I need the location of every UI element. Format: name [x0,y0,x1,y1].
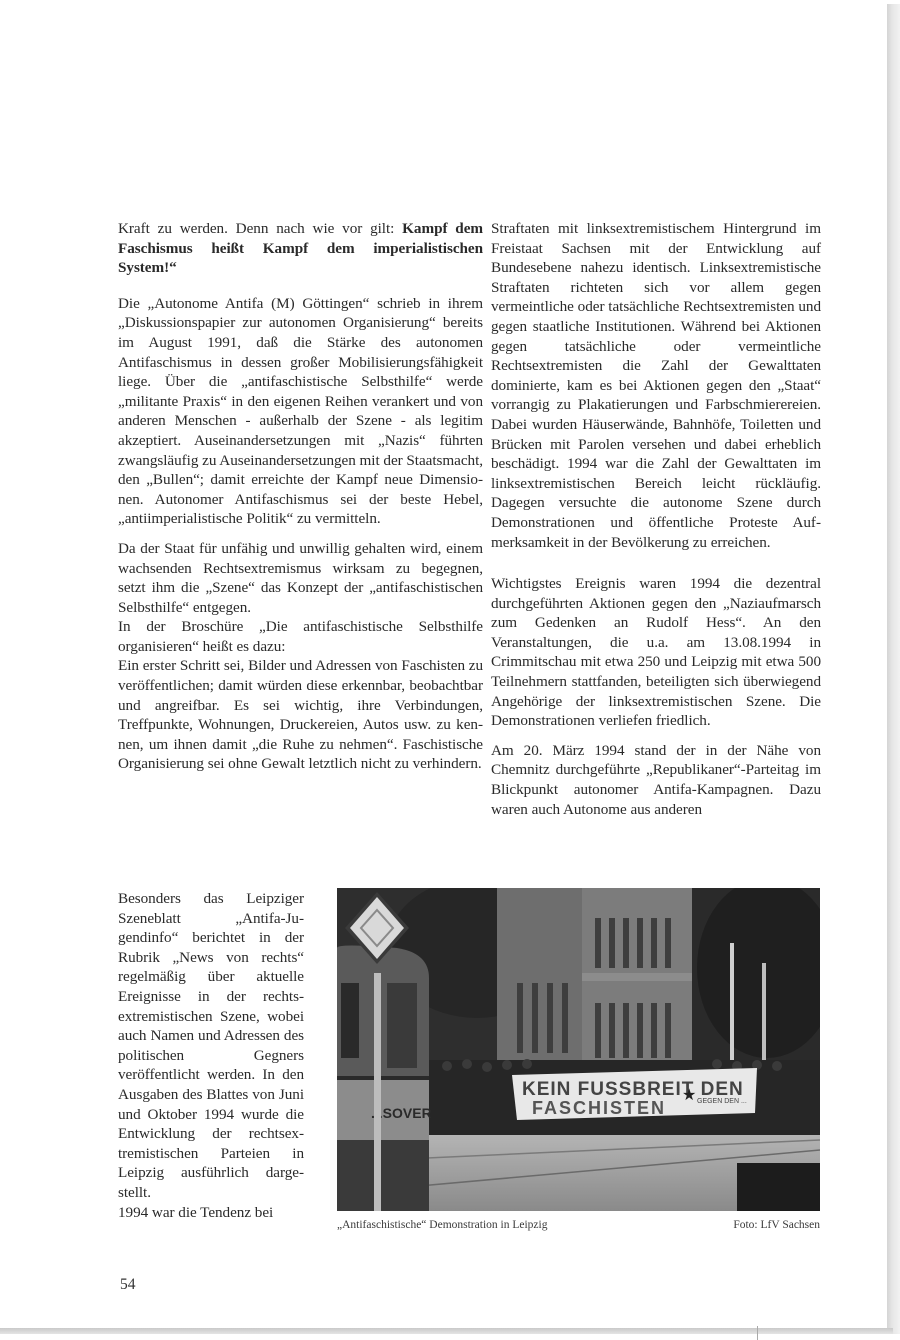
right-column: Straftaten mit linksextremistischem Hint… [491,219,821,819]
photo-credit: Foto: LfV Sachsen [733,1219,820,1231]
paragraph-staat: Da der Staat für unfähig und unwillig ge… [118,539,483,617]
photo-illustration: KEIN FUSSBREIT DEN FASCHISTEN ★ GEGEN DE… [337,888,820,1211]
page-edge-tick [757,1326,758,1340]
paragraph-tendenz: 1994 war die Tendenz bei [118,1203,304,1223]
banner-text-line2: FASCHISTEN [532,1098,666,1118]
page-number: 54 [120,1276,136,1294]
paragraph-wichtigstes-ereignis: Wichtigstes Ereignis waren 1994 die deze… [491,574,821,731]
paragraph-autonome-antifa: Die „Autonome Antifa (M) Göttingen“ schr… [118,294,483,529]
demonstration-photo: KEIN FUSSBREIT DEN FASCHISTEN ★ GEGEN DE… [337,888,820,1211]
text-run: Kraft zu werden. Denn nach wie vor gilt: [118,220,402,237]
photo-caption: „Antifaschistische“ Demonstration in Lei… [337,1219,547,1231]
paragraph-szeneblatt: Besonders das Leipziger Szeneblatt „Anti… [118,889,304,1203]
side-column: Besonders das Leipziger Szeneblatt „Anti… [118,889,304,1222]
page-edge-shadow-right [887,4,900,1334]
paragraph-broschuere: In der Broschüre „Die antifaschistische … [118,617,483,656]
left-column: Kraft zu werden. Denn nach wie vor gilt:… [118,219,483,774]
banner-text-line1: KEIN FUSSBREIT DEN [522,1079,744,1100]
paragraph-erster-schritt: Ein erster Schritt sei, Bilder und Adres… [118,656,483,774]
banner-text-small: GEGEN DEN ... [697,1098,747,1105]
paragraph-straftaten: Straftaten mit linksextremistischem Hint… [491,219,821,552]
page-edge-shadow-bottom [0,1328,893,1334]
paragraph-maerz-1994: Am 20. März 1994 stand der in der Nähe v… [491,741,821,819]
paragraph-intro: Kraft zu werden. Denn nach wie vor gilt:… [118,219,483,278]
svg-text:★: ★ [682,1087,696,1104]
